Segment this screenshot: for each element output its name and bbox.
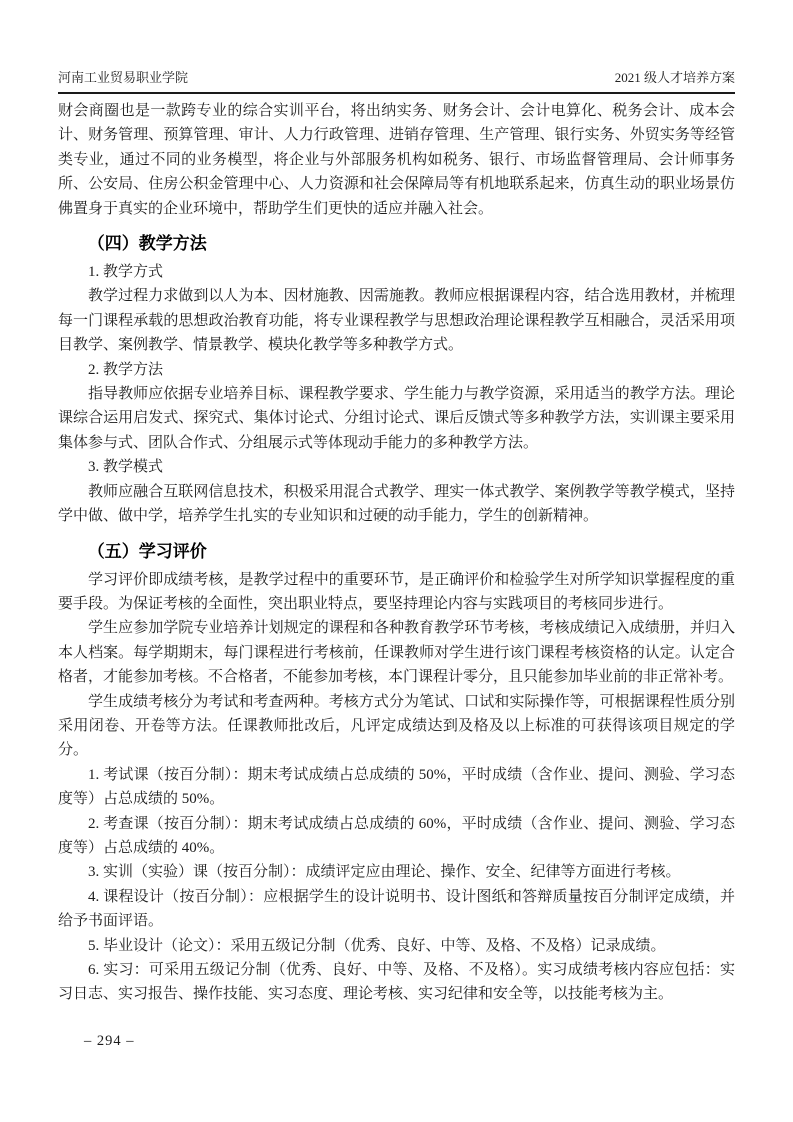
list-item-graduation-design: 5. 毕业设计（论文）：采用五级记分制（优秀、良好、中等、及格、不及格）记录成绩… [58,934,735,958]
list-item-internship: 6. 实习：可采用五级记分制（优秀、良好、中等、及格、不及格）。实习成绩考核内容… [58,958,735,1007]
section-heading-5-learning-evaluation: （五）学习评价 [58,539,735,565]
subheading-teaching-method-2: 2. 教学方法 [58,358,735,382]
page-header: 河南工业贸易职业学院 2021 级人才培养方案 [58,70,735,94]
header-document-title: 2021 级人才培养方案 [615,70,735,86]
paragraph-teaching-method-2: 指导教师应依据专业培养目标、课程教学要求、学生能力与教学资源，采用适当的教学方法… [58,382,735,455]
subheading-teaching-mode-1: 1. 教学方式 [58,260,735,284]
header-institution: 河南工业贸易职业学院 [58,70,188,86]
document-body: 财会商圈也是一款跨专业的综合实训平台，将出纳实务、财务会计、会计电算化、税务会计… [58,99,735,1007]
paragraph-evaluation-types: 学生成绩考核分为考试和考查两种。考核方式分为笔试、口试和实际操作等，可根据课程性… [58,690,735,763]
paragraph-teaching-mode-1: 教学过程力求做到以人为本、因材施教、因需施教。教师应根据课程内容，结合选用教材，… [58,284,735,357]
list-item-course-design: 4. 课程设计（按百分制）：应根据学生的设计说明书、设计图纸和答辩质量按百分制评… [58,885,735,934]
paragraph-intro-continuation: 财会商圈也是一款跨专业的综合实训平台，将出纳实务、财务会计、会计电算化、税务会计… [58,99,735,221]
section-heading-4-teaching-methods: （四）教学方法 [58,231,735,257]
list-item-assessment-course: 2. 考查课（按百分制）：期末考试成绩占总成绩的 60%，平时成绩（含作业、提问… [58,812,735,861]
subheading-teaching-model-3: 3. 教学模式 [58,455,735,479]
paragraph-teaching-model-3: 教师应融合互联网信息技术，积极采用混合式教学、理实一体式教学、案例教学等教学模式… [58,480,735,529]
list-item-practical-course: 3. 实训（实验）课（按百分制）：成绩评定应由理论、操作、安全、纪律等方面进行考… [58,860,735,884]
paragraph-evaluation-qualification: 学生应参加学院专业培养计划规定的课程和各种教育教学环节考核，考核成绩记入成绩册，… [58,616,735,689]
document-page: 河南工业贸易职业学院 2021 级人才培养方案 财会商圈也是一款跨专业的综合实训… [0,0,793,1122]
page-number: – 294 – [84,1033,135,1049]
page-footer: – 294 – [84,1033,135,1050]
paragraph-evaluation-overview: 学习评价即成绩考核，是教学过程中的重要环节，是正确评价和检验学生对所学知识掌握程… [58,568,735,617]
list-item-exam-course: 1. 考试课（按百分制）：期末考试成绩占总成绩的 50%，平时成绩（含作业、提问… [58,763,735,812]
